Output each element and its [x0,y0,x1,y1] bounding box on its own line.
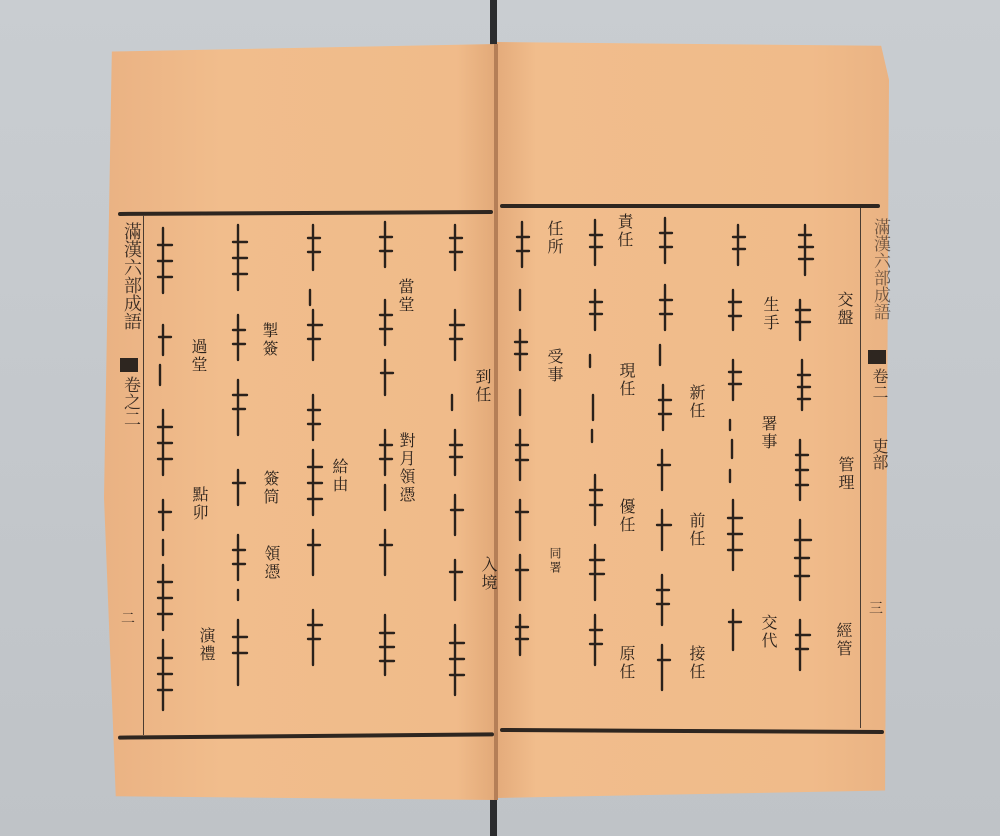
gloss-shou-shi: 受事 [546,348,562,384]
right-margin-title: 滿漢六部成語 [868,218,893,320]
gloss-qian-tong: 簽筒 [262,470,278,506]
left-page-number: 二 [121,608,135,628]
gloss-shu-shi: 署事 [760,415,776,451]
book-stand-rod-bottom [490,798,497,836]
gloss-you-ren: 優任 [618,498,634,534]
gloss-xin-ren: 新任 [688,384,704,420]
gloss-ru-jing: 入境 [480,556,496,592]
gloss-qian-ren: 前任 [688,512,704,548]
gloss-jie-ren: 接任 [688,645,704,681]
gloss-yuan-ren: 原任 [618,645,634,681]
gloss-dui-yue-ling-ping: 對月領憑 [398,432,414,504]
gloss-jiao-dai: 交代 [760,614,776,650]
gloss-xian-ren: 現任 [618,362,634,398]
gloss-dao-ren: 到任 [474,368,490,404]
right-volume-label: 卷二 [868,368,891,400]
gloss-gei-you: 給由 [331,458,347,494]
book-spine [494,44,498,800]
right-page [497,42,889,798]
right-page-top-rule [500,204,880,208]
gloss-dang-tang: 當堂 [397,278,413,314]
gloss-jiao-pan: 交盤 [836,291,852,327]
gloss-yan-li: 演禮 [198,627,214,663]
gloss-guan-li: 管理 [837,456,853,492]
left-fishtail-block [120,358,138,372]
gloss-ren-suo: 任所 [546,220,562,256]
gloss-tong-shu: 同署 [549,547,561,575]
gloss-dian-mao: 點卯 [191,486,207,522]
left-volume-label: 卷之二 [118,376,143,427]
gloss-ling-ping: 領憑 [263,545,279,581]
gloss-sheng-shou: 生手 [762,296,778,332]
gloss-jing-guan: 經管 [835,622,851,658]
gloss-che-qian: 掣簽 [261,322,277,358]
book-stand-rod-top [490,0,497,48]
right-page-number: 三 [869,598,883,618]
gloss-guo-tang: 過堂 [190,338,206,374]
left-page [104,44,496,800]
gloss-ze-ren: 責任 [616,213,632,249]
right-section-label: 吏部 [868,438,891,470]
right-margin-line [860,208,861,728]
right-fishtail-block [868,350,886,364]
left-margin-title: 滿漢六部成語 [118,222,144,330]
